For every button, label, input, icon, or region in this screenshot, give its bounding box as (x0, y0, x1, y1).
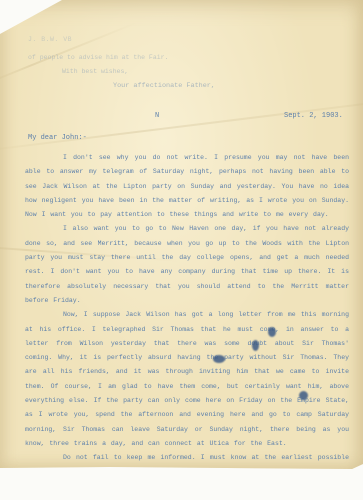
letter-body: I don't see why you do not write. I pres… (25, 151, 349, 494)
paragraph-4: Do not fail to keep me informed. I must … (25, 451, 349, 494)
ink-smudge (299, 391, 308, 400)
letter-paper: J. B.W. VB of people to advise him at th… (0, 0, 363, 469)
scanned-letter: J. B.W. VB of people to advise him at th… (0, 0, 363, 500)
page-mark: N (155, 112, 159, 120)
paragraph-2: I also want you to go to New Haven one d… (25, 222, 349, 308)
ink-smudge (268, 327, 276, 337)
previous-page-closing: With best wishes, (62, 68, 128, 75)
ink-smudge (252, 340, 259, 351)
paragraph-1: I don't see why you do not write. I pres… (25, 151, 349, 222)
previous-page-fragment: of people to advise him at the Fair. (28, 54, 168, 61)
typist-initials: J. B.W. VB (28, 36, 72, 43)
ink-smudge (213, 355, 225, 363)
paper-crease (0, 21, 138, 84)
letter-date: Sept. 2, 1903. (284, 112, 343, 120)
paragraph-3: Now, I suppose Jack Wilson has got a lon… (25, 308, 349, 451)
salutation: My dear John:- (28, 134, 87, 142)
previous-page-signature: Your affectionate Father, (113, 82, 215, 90)
